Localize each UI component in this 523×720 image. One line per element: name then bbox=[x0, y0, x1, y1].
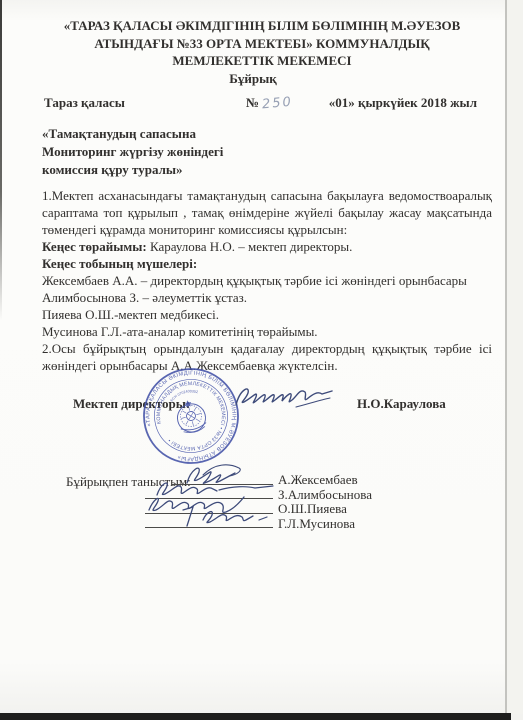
scan-margin-right bbox=[507, 0, 523, 714]
chair-label: Кеңес төрайымы: bbox=[42, 239, 147, 254]
organization-name: «ТАРАЗ ҚАЛАСЫ ӘКІМДІГІНІҢ БІЛІМ БӨЛІМІНІ… bbox=[46, 17, 478, 70]
order-body: 1.Мектеп асханасындағы тамақтанудың сапа… bbox=[42, 187, 492, 374]
stamp-emblem bbox=[174, 398, 209, 436]
scan-edge-left bbox=[0, 0, 2, 320]
signature-mussinova bbox=[173, 504, 273, 530]
ack-name: Г.Л.Мусинова bbox=[278, 516, 355, 532]
number-sign: № bbox=[246, 95, 259, 110]
director-signature bbox=[228, 379, 338, 415]
director-name: Н.О.Караулова bbox=[357, 396, 446, 412]
members-label: Кеңес тобының мүшелері: bbox=[42, 255, 492, 272]
scan-edge-bottom bbox=[0, 713, 511, 720]
city-label: Тараз қаласы bbox=[44, 95, 125, 111]
order-meta-row: Тараз қаласы № 250 «01» қыркүйек 2018 жы… bbox=[0, 95, 523, 111]
handwritten-order-number: 250 bbox=[262, 95, 294, 113]
order-date: «01» қыркүйек 2018 жыл bbox=[329, 95, 477, 111]
paragraph-1: 1.Мектеп асханасындағы тамақтанудың сапа… bbox=[42, 187, 492, 238]
scanned-order-document: «ТАРАЗ ҚАЛАСЫ ӘКІМДІГІНІҢ БІЛІМ БӨЛІМІНІ… bbox=[0, 0, 523, 720]
chair-value: Караулова Н.О. – мектеп директоры. bbox=[147, 239, 353, 254]
order-subject: «Тамақтанудың сапасына Мониторинг жүргіз… bbox=[42, 125, 223, 179]
chair-line: Кеңес төрайымы: Караулова Н.О. – мектеп … bbox=[42, 238, 492, 255]
acknowledgement-list: А.Жексембаев З.Алимбосынова О.Ш.Пияева bbox=[145, 471, 405, 529]
paragraph-2: 2.Осы бұйрықтың орындалуын қадағалау дир… bbox=[42, 340, 492, 374]
order-number: № 250 bbox=[246, 95, 293, 111]
member-line: Мусинова Г.Л.-ата-аналар комитетінің төр… bbox=[42, 323, 492, 340]
ack-row: Г.Л.Мусинова bbox=[145, 515, 405, 530]
member-line: Жексембаев А.А. – директордың құқықтық т… bbox=[42, 272, 492, 289]
member-line: Алимбосынова З. – әлеуметтік ұстаз. bbox=[42, 289, 492, 306]
member-line: Пияева О.Ш.-мектеп медбикесі. bbox=[42, 306, 492, 323]
document-type-title: Бұйрық bbox=[0, 71, 506, 87]
